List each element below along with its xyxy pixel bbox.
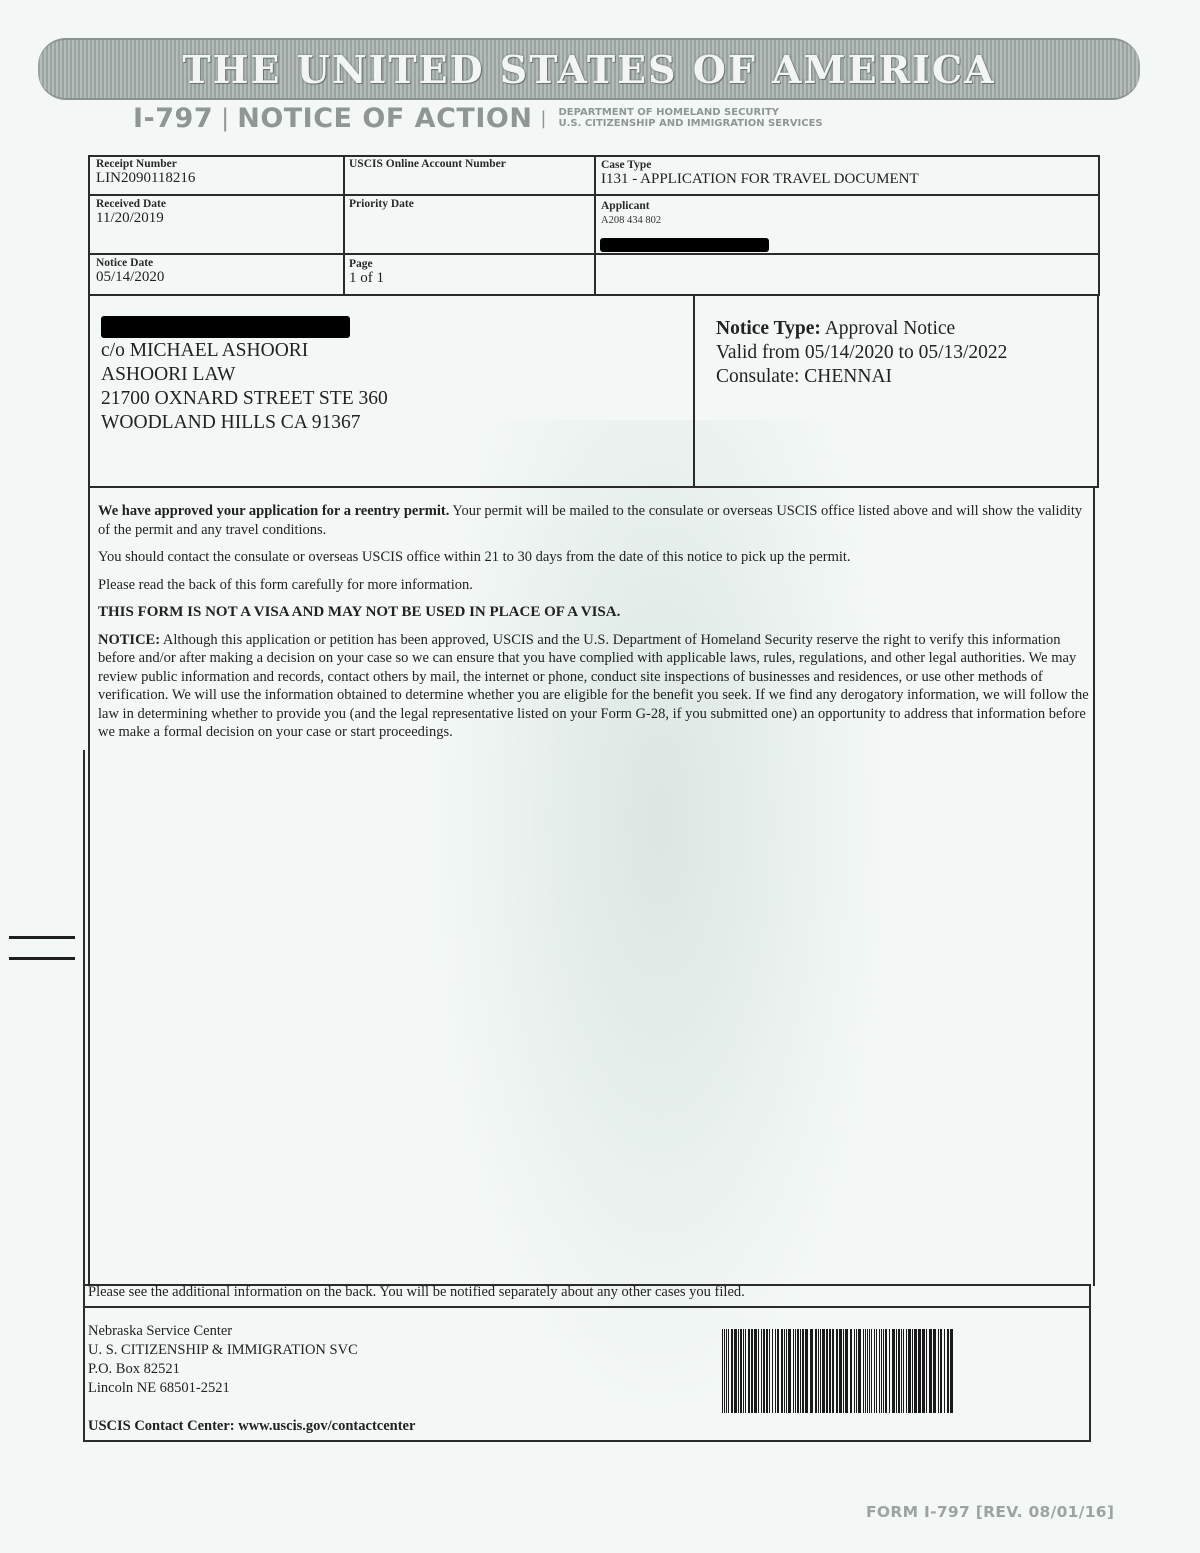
notice-type-block: Notice Type: Approval Notice Valid from … [716,317,1007,389]
applicant-field: Applicant A208 434 802 [595,198,1095,228]
redacted-applicant-name [600,238,769,252]
address-line: WOODLAND HILLS CA 91367 [101,411,388,435]
address-line: Lincoln NE 68501-2521 [88,1379,358,1398]
title-separator: | [221,104,229,132]
notice-text: Although this application or petition ha… [98,632,1089,741]
validity-period: Valid from 05/14/2020 to 05/13/2022 [716,341,1007,365]
page-number: 1 of 1 [349,270,587,287]
field-label: Notice Date [96,257,336,269]
notice-date: 05/14/2020 [96,269,336,286]
address-line: c/o MICHAEL ASHOORI [101,339,388,363]
field-label: Priority Date [349,198,587,210]
approval-statement: We have approved your application for a … [98,503,449,519]
priority-date-field: Priority Date [343,196,593,212]
department-line-2: U.S. CITIZENSHIP AND IMMIGRATION SERVICE… [559,118,823,129]
divider [83,750,85,1286]
scan-mark [9,957,75,960]
banner: THE UNITED STATES OF AMERICA [38,38,1140,100]
received-date-field: Received Date 11/20/2019 [90,196,342,229]
online-account-field: USCIS Online Account Number [343,156,593,172]
service-center-address: Nebraska Service Center U. S. CITIZENSHI… [88,1322,358,1398]
notice-type-label: Notice Type: [716,318,821,339]
address-line: U. S. CITIZENSHIP & IMMIGRATION SVC [88,1341,358,1360]
mailing-address: c/o MICHAEL ASHOORI ASHOORI LAW 21700 OX… [101,339,388,435]
notice-date-field: Notice Date 05/14/2020 [90,255,342,288]
divider [693,294,695,488]
notice-type-value: Approval Notice [825,318,956,339]
verification-notice: NOTICE: Although this application or pet… [98,631,1093,742]
form-number: I-797 [133,103,213,134]
banner-title: THE UNITED STATES OF AMERICA [182,47,995,92]
address-line: P.O. Box 82521 [88,1360,358,1379]
field-label: Receipt Number [96,158,336,170]
notice-body: We have approved your application for a … [98,502,1093,751]
department-line-1: DEPARTMENT OF HOMELAND SECURITY [559,107,780,118]
consulate: Consulate: CHENNAI [716,365,1007,389]
case-type-field: Case Type I131 - APPLICATION FOR TRAVEL … [595,157,1095,190]
field-label: Case Type [601,159,1089,171]
receipt-number: LIN2090118216 [96,170,336,187]
received-date: 11/20/2019 [96,210,336,227]
approval-paragraph: We have approved your application for a … [98,502,1093,539]
field-label: USCIS Online Account Number [349,158,587,170]
receipt-number-field: Receipt Number LIN2090118216 [90,156,342,189]
additional-info-text: Please see the additional information on… [88,1284,745,1301]
case-type: I131 - APPLICATION FOR TRAVEL DOCUMENT [601,171,1089,188]
address-line: Nebraska Service Center [88,1322,358,1341]
title-separator: | [540,108,546,129]
field-label: Page [349,258,587,270]
field-label: Received Date [96,198,336,210]
pickup-paragraph: You should contact the consulate or over… [98,548,1093,567]
department-name: DEPARTMENT OF HOMELAND SECURITY U.S. CIT… [559,107,823,129]
not-a-visa-warning: THIS FORM IS NOT A VISA AND MAY NOT BE U… [98,603,1093,622]
form-title: NOTICE OF ACTION [237,103,532,134]
form-title-row: I-797 | NOTICE OF ACTION | DEPARTMENT OF… [133,100,823,136]
field-label: Applicant [601,200,1089,212]
barcode [722,1329,954,1413]
redacted-recipient-name [101,316,350,338]
scan-mark [9,936,75,939]
address-line: 21700 OXNARD STREET STE 360 [101,387,388,411]
page-field: Page 1 of 1 [343,256,593,289]
read-back-paragraph: Please read the back of this form carefu… [98,576,1093,595]
notice-label: NOTICE: [98,632,160,648]
contact-center-link[interactable]: USCIS Contact Center: www.uscis.gov/cont… [88,1418,415,1435]
applicant-a-number: A208 434 802 [601,215,1089,226]
form-revision: FORM I-797 [REV. 08/01/16] [866,1503,1114,1521]
address-line: ASHOORI LAW [101,363,388,387]
